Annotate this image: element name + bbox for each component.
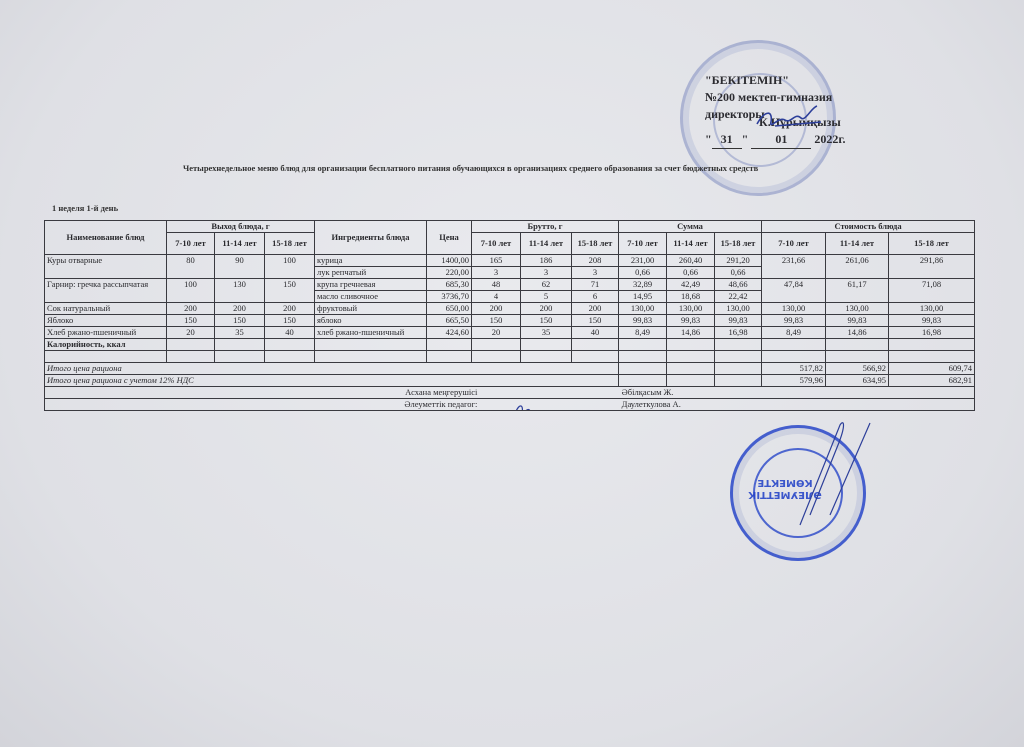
- ingredient-sum: 260,40: [667, 255, 715, 267]
- total-row: Итого цена рациона 517,82 566,92 609,74: [45, 363, 975, 375]
- table-row: Яблоко150150150яблоко665,5015015015099,8…: [45, 315, 975, 327]
- total-vat-15-18: 682,91: [889, 375, 975, 387]
- director-signature-icon: [755, 102, 825, 134]
- dish-yield: 90: [215, 255, 265, 279]
- dish-cost: 8,49: [762, 327, 826, 339]
- dish-yield: 150: [167, 315, 215, 327]
- col-sum-group: Сумма: [619, 221, 762, 233]
- header-row-2: 7-10 лет 11-14 лет 15-18 лет 7-10 лет 11…: [45, 233, 975, 255]
- dish-yield: 150: [265, 315, 315, 327]
- ingredient-sum: 231,00: [619, 255, 667, 267]
- ingredient-gross: 200: [572, 303, 619, 315]
- table-row: Куры отварные8090100курица1400,001651862…: [45, 255, 975, 267]
- ingredient-sum: 18,68: [667, 291, 715, 303]
- ingredient-sum: 99,83: [667, 315, 715, 327]
- ingredient-sum: 0,66: [667, 267, 715, 279]
- calories-label: Калорийность, ккал: [45, 339, 167, 351]
- ingredient-gross: 35: [521, 327, 572, 339]
- col-ingredients: Ингредиенты блюда: [315, 221, 427, 255]
- stamp-signature-icon: [780, 415, 880, 535]
- col-dish-name: Наименование блюд: [45, 221, 167, 255]
- age-header: 7-10 лет: [472, 233, 521, 255]
- dish-cost: 16,98: [889, 327, 975, 339]
- approval-block: "БЕКІТЕМІН" №200 мектеп-гимназия директо…: [705, 72, 875, 123]
- week-day-label: 1 неделя 1-й день: [52, 203, 118, 213]
- signature-name: Әбілқасым Ж.: [622, 387, 742, 398]
- ingredient-gross: 3: [472, 267, 521, 279]
- dish-yield: 100: [265, 255, 315, 279]
- total-vat-7-10: 579,96: [762, 375, 826, 387]
- age-header: 7-10 лет: [762, 233, 826, 255]
- ingredient-gross: 4: [472, 291, 521, 303]
- dish-yield: 150: [265, 279, 315, 303]
- ingredient-price: 220,00: [427, 267, 472, 279]
- ingredient-gross: 48: [472, 279, 521, 291]
- ingredient-price: 3736,70: [427, 291, 472, 303]
- total-11-14: 566,92: [826, 363, 889, 375]
- empty-row: [45, 351, 975, 363]
- dish-name: Хлеб ржано-пшеничный: [45, 327, 167, 339]
- ingredient-gross: 3: [572, 267, 619, 279]
- ingredient-gross: 150: [521, 315, 572, 327]
- col-cost-group: Стоимость блюда: [762, 221, 975, 233]
- signature-name: Даулеткулова А.: [622, 399, 742, 410]
- dish-cost: 231,66: [762, 255, 826, 279]
- ingredient-sum: 0,66: [715, 267, 762, 279]
- ingredient-sum: 48,66: [715, 279, 762, 291]
- table-row: Гарнир: гречка рассыпчатая100130150крупа…: [45, 279, 975, 291]
- dish-yield: 150: [215, 315, 265, 327]
- age-header: 11-14 лет: [215, 233, 265, 255]
- ingredient-name: масло сливочное: [315, 291, 427, 303]
- dish-cost: 71,08: [889, 279, 975, 303]
- ingredient-gross: 6: [572, 291, 619, 303]
- ingredient-name: крупа гречневая: [315, 279, 427, 291]
- dish-cost: 99,83: [889, 315, 975, 327]
- signature-role: Асхана меңгерушісі: [277, 387, 477, 398]
- dish-yield: 100: [167, 279, 215, 303]
- dish-yield: 200: [167, 303, 215, 315]
- age-header: 11-14 лет: [667, 233, 715, 255]
- dish-yield: 40: [265, 327, 315, 339]
- signature-row-kitchen: Асхана меңгерушісі Әбілқасым Ж.: [45, 387, 975, 399]
- ingredient-sum: 14,95: [619, 291, 667, 303]
- ingredient-sum: 0,66: [619, 267, 667, 279]
- age-header: 15-18 лет: [572, 233, 619, 255]
- ingredient-sum: 22,42: [715, 291, 762, 303]
- ingredient-price: 424,60: [427, 327, 472, 339]
- ingredient-gross: 165: [472, 255, 521, 267]
- age-header: 15-18 лет: [265, 233, 315, 255]
- col-yield-group: Выход блюда, г: [167, 221, 315, 233]
- dish-cost: 130,00: [826, 303, 889, 315]
- dish-cost: 61,17: [826, 279, 889, 303]
- dish-name: Гарнир: гречка рассыпчатая: [45, 279, 167, 303]
- dish-cost: 47,84: [762, 279, 826, 303]
- dish-name: Куры отварные: [45, 255, 167, 279]
- table-row: Сок натуральный200200200фруктовый650,002…: [45, 303, 975, 315]
- ingredient-price: 665,50: [427, 315, 472, 327]
- ingredient-sum: 291,20: [715, 255, 762, 267]
- ingredient-gross: 150: [472, 315, 521, 327]
- table-row: Хлеб ржано-пшеничный203540хлеб ржано-пше…: [45, 327, 975, 339]
- ingredient-gross: 186: [521, 255, 572, 267]
- approval-heading: "БЕКІТЕМІН": [705, 72, 875, 89]
- dish-yield: 80: [167, 255, 215, 279]
- total-vat-row: Итого цена рациона с учетом 12% НДС 579,…: [45, 375, 975, 387]
- dish-cost: 99,83: [762, 315, 826, 327]
- header-row-1: Наименование блюд Выход блюда, г Ингреди…: [45, 221, 975, 233]
- ingredient-sum: 8,49: [619, 327, 667, 339]
- dish-cost: 14,86: [826, 327, 889, 339]
- col-price: Цена: [427, 221, 472, 255]
- ingredient-sum: 99,83: [619, 315, 667, 327]
- ingredient-sum: 130,00: [715, 303, 762, 315]
- ingredient-name: лук репчатый: [315, 267, 427, 279]
- ingredient-name: хлеб ржано-пшеничный: [315, 327, 427, 339]
- age-header: 7-10 лет: [167, 233, 215, 255]
- ingredient-gross: 3: [521, 267, 572, 279]
- signature-row-pedagogue: Әлеуметтік педагог: Даулеткулова А.: [45, 399, 975, 411]
- document-title: Четырехнедельное меню блюд для организац…: [183, 163, 758, 173]
- dish-yield: 35: [215, 327, 265, 339]
- pedagogue-signature-icon: [510, 401, 550, 411]
- age-header: 15-18 лет: [889, 233, 975, 255]
- dish-cost: 99,83: [826, 315, 889, 327]
- ingredient-gross: 200: [521, 303, 572, 315]
- ingredient-gross: 20: [472, 327, 521, 339]
- total-15-18: 609,74: [889, 363, 975, 375]
- ingredient-gross: 150: [572, 315, 619, 327]
- ingredient-name: фруктовый: [315, 303, 427, 315]
- age-header: 7-10 лет: [619, 233, 667, 255]
- ingredient-gross: 40: [572, 327, 619, 339]
- col-gross-group: Брутто, г: [472, 221, 619, 233]
- dish-name: Яблоко: [45, 315, 167, 327]
- dish-yield: 20: [167, 327, 215, 339]
- total-vat-label: Итого цена рациона с учетом 12% НДС: [45, 375, 619, 387]
- ingredient-sum: 130,00: [667, 303, 715, 315]
- total-label: Итого цена рациона: [45, 363, 619, 375]
- date-day: 31: [712, 131, 742, 149]
- menu-table: Наименование блюд Выход блюда, г Ингреди…: [44, 220, 975, 411]
- age-header: 11-14 лет: [826, 233, 889, 255]
- date-year: 2022г.: [814, 132, 845, 146]
- dish-name: Сок натуральный: [45, 303, 167, 315]
- ingredient-sum: 14,86: [667, 327, 715, 339]
- dish-yield: 200: [215, 303, 265, 315]
- ingredient-name: курица: [315, 255, 427, 267]
- dish-cost: 130,00: [762, 303, 826, 315]
- dish-cost: 130,00: [889, 303, 975, 315]
- dish-cost: 261,06: [826, 255, 889, 279]
- ingredient-price: 650,00: [427, 303, 472, 315]
- calories-row: Калорийность, ккал: [45, 339, 975, 351]
- ingredient-name: яблоко: [315, 315, 427, 327]
- signature-role: Әлеуметтік педагог:: [277, 399, 477, 410]
- ingredient-sum: 16,98: [715, 327, 762, 339]
- ingredient-gross: 208: [572, 255, 619, 267]
- ingredient-sum: 32,89: [619, 279, 667, 291]
- ingredient-gross: 71: [572, 279, 619, 291]
- menu-body: Куры отварные8090100курица1400,001651862…: [45, 255, 975, 339]
- ingredient-price: 1400,00: [427, 255, 472, 267]
- ingredient-gross: 5: [521, 291, 572, 303]
- dish-yield: 200: [265, 303, 315, 315]
- total-vat-11-14: 634,95: [826, 375, 889, 387]
- ingredient-gross: 62: [521, 279, 572, 291]
- age-header: 15-18 лет: [715, 233, 762, 255]
- ingredient-sum: 42,49: [667, 279, 715, 291]
- age-header: 11-14 лет: [521, 233, 572, 255]
- ingredient-gross: 200: [472, 303, 521, 315]
- total-7-10: 517,82: [762, 363, 826, 375]
- ingredient-price: 685,30: [427, 279, 472, 291]
- dish-yield: 130: [215, 279, 265, 303]
- ingredient-sum: 130,00: [619, 303, 667, 315]
- ingredient-sum: 99,83: [715, 315, 762, 327]
- dish-cost: 291,86: [889, 255, 975, 279]
